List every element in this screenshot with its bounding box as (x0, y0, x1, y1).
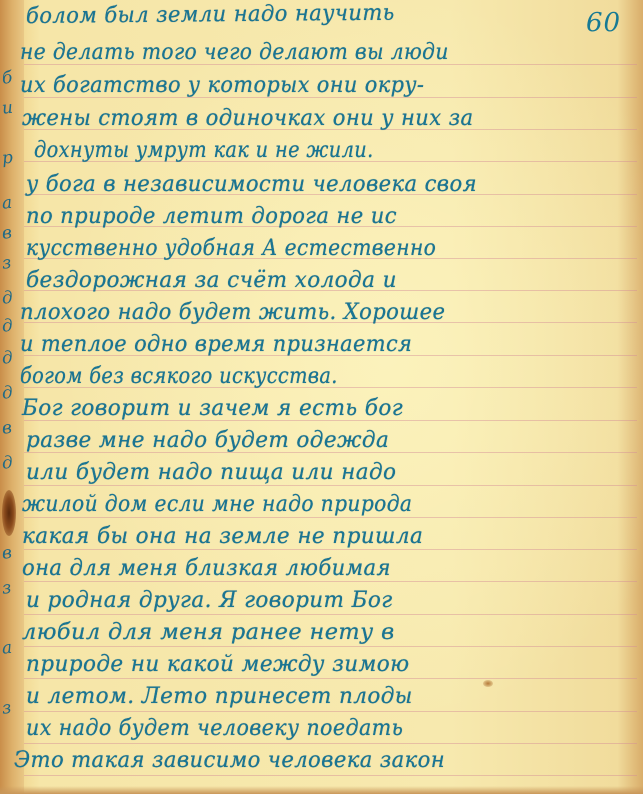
text-line: какая бы она на земле не пришла (22, 524, 423, 549)
text-line: их богатство у которых они окру- (20, 73, 424, 98)
text-line: и теплое одно время признается (20, 332, 412, 357)
text-line: дохнуты умрут как и не жили. (34, 138, 374, 163)
text-line: или будет надо пища или надо (26, 460, 396, 485)
text-line: бездорожная за счёт холода и (26, 268, 397, 293)
text-line: болом был земли надо научить (26, 1, 395, 29)
text-line: природе ни какой между зимою (26, 652, 410, 677)
text-line: плохого надо будет жить. Хорошее (20, 300, 445, 325)
text-line: и летом. Лето принесет плоды (26, 684, 413, 709)
text-line: и родная друга. Я говорит Бог (26, 588, 393, 613)
text-line: разве мне надо будет одежда (26, 428, 389, 453)
handwritten-text: болом был земли надо научить не делать т… (0, 0, 643, 794)
text-line: их надо будет человеку поедать (26, 716, 403, 741)
text-line: не делать того чего делают вы люди (20, 40, 449, 65)
text-line: любил для меня ранее нету в (22, 620, 395, 645)
text-line: богом без всякого искусства. (20, 364, 338, 389)
notebook-page: б и р а в з д д д д в д в з а з 60 болом… (0, 0, 643, 794)
text-line: у бога в независимости человека своя (26, 172, 477, 197)
text-line: по природе летит дорога не ис (26, 204, 397, 229)
text-line: жилой дом если мне надо природа (22, 492, 412, 517)
text-line: Бог говорит и зачем я есть бог (22, 396, 403, 421)
text-line: она для меня близкая любимая (22, 556, 391, 581)
text-line: кусственно удобная А естественно (26, 236, 436, 261)
text-line: Это такая зависимо человека закон (14, 748, 445, 773)
text-line: жены стоят в одиночках они у них за (22, 106, 474, 131)
